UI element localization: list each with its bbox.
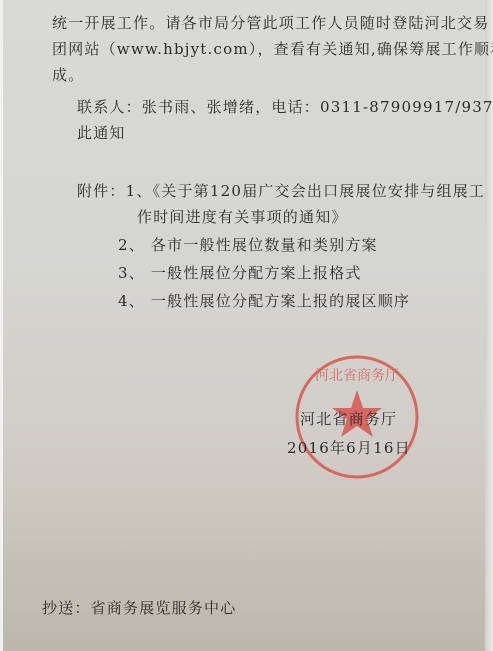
paragraph-line-2: 团网站（www.hbjyt.com），查看有关通知,确保筹展工作顺利完 <box>52 38 493 59</box>
paragraph-line-1: 统一开展工作。请各市局分管此项工作人员随时登陆河北交易 <box>52 12 489 33</box>
attachment-2: 2、 各市一般性展位数量和类别方案 <box>118 234 378 255</box>
attachment-2-title: 各市一般性展位数量和类别方案 <box>151 236 378 254</box>
attachment-4-num: 4、 <box>118 292 145 310</box>
attachments-section: 附件：1、《关于第120届广交会出口展展位安排与组展工 <box>77 180 485 201</box>
paragraph-line-3: 成。 <box>52 64 84 85</box>
contact-line: 联系人：张书雨、张增绪，电话：0311-87909917/9375。 <box>77 96 493 117</box>
attachment-3-num: 3、 <box>118 264 145 282</box>
attachment-4: 4、 一般性展位分配方案上报的展区顺序 <box>118 290 410 311</box>
attachment-1-title-cont: 作时间进度有关事项的通知》 <box>137 206 348 227</box>
attachments-label: 附件： <box>77 182 126 200</box>
stamp-text: 河北省商务厅 <box>315 367 399 384</box>
attachment-1-title: 《关于第120届广交会出口展展位安排与组展工 <box>153 182 486 200</box>
signature-org: 河北省商务厅 <box>300 408 397 429</box>
attachment-3-title: 一般性展位分配方案上报格式 <box>151 264 362 282</box>
cc-line: 抄送：省商务展览服务中心 <box>42 597 236 618</box>
closing-line: 此通知 <box>77 122 126 143</box>
attachment-1-num: 1、 <box>126 182 153 200</box>
attachment-2-num: 2、 <box>118 236 145 254</box>
attachment-4-title: 一般性展位分配方案上报的展区顺序 <box>151 292 410 310</box>
signature-date: 2016年6月16日 <box>287 437 411 458</box>
page-left-edge <box>0 0 3 651</box>
attachment-3: 3、 一般性展位分配方案上报格式 <box>118 262 362 283</box>
